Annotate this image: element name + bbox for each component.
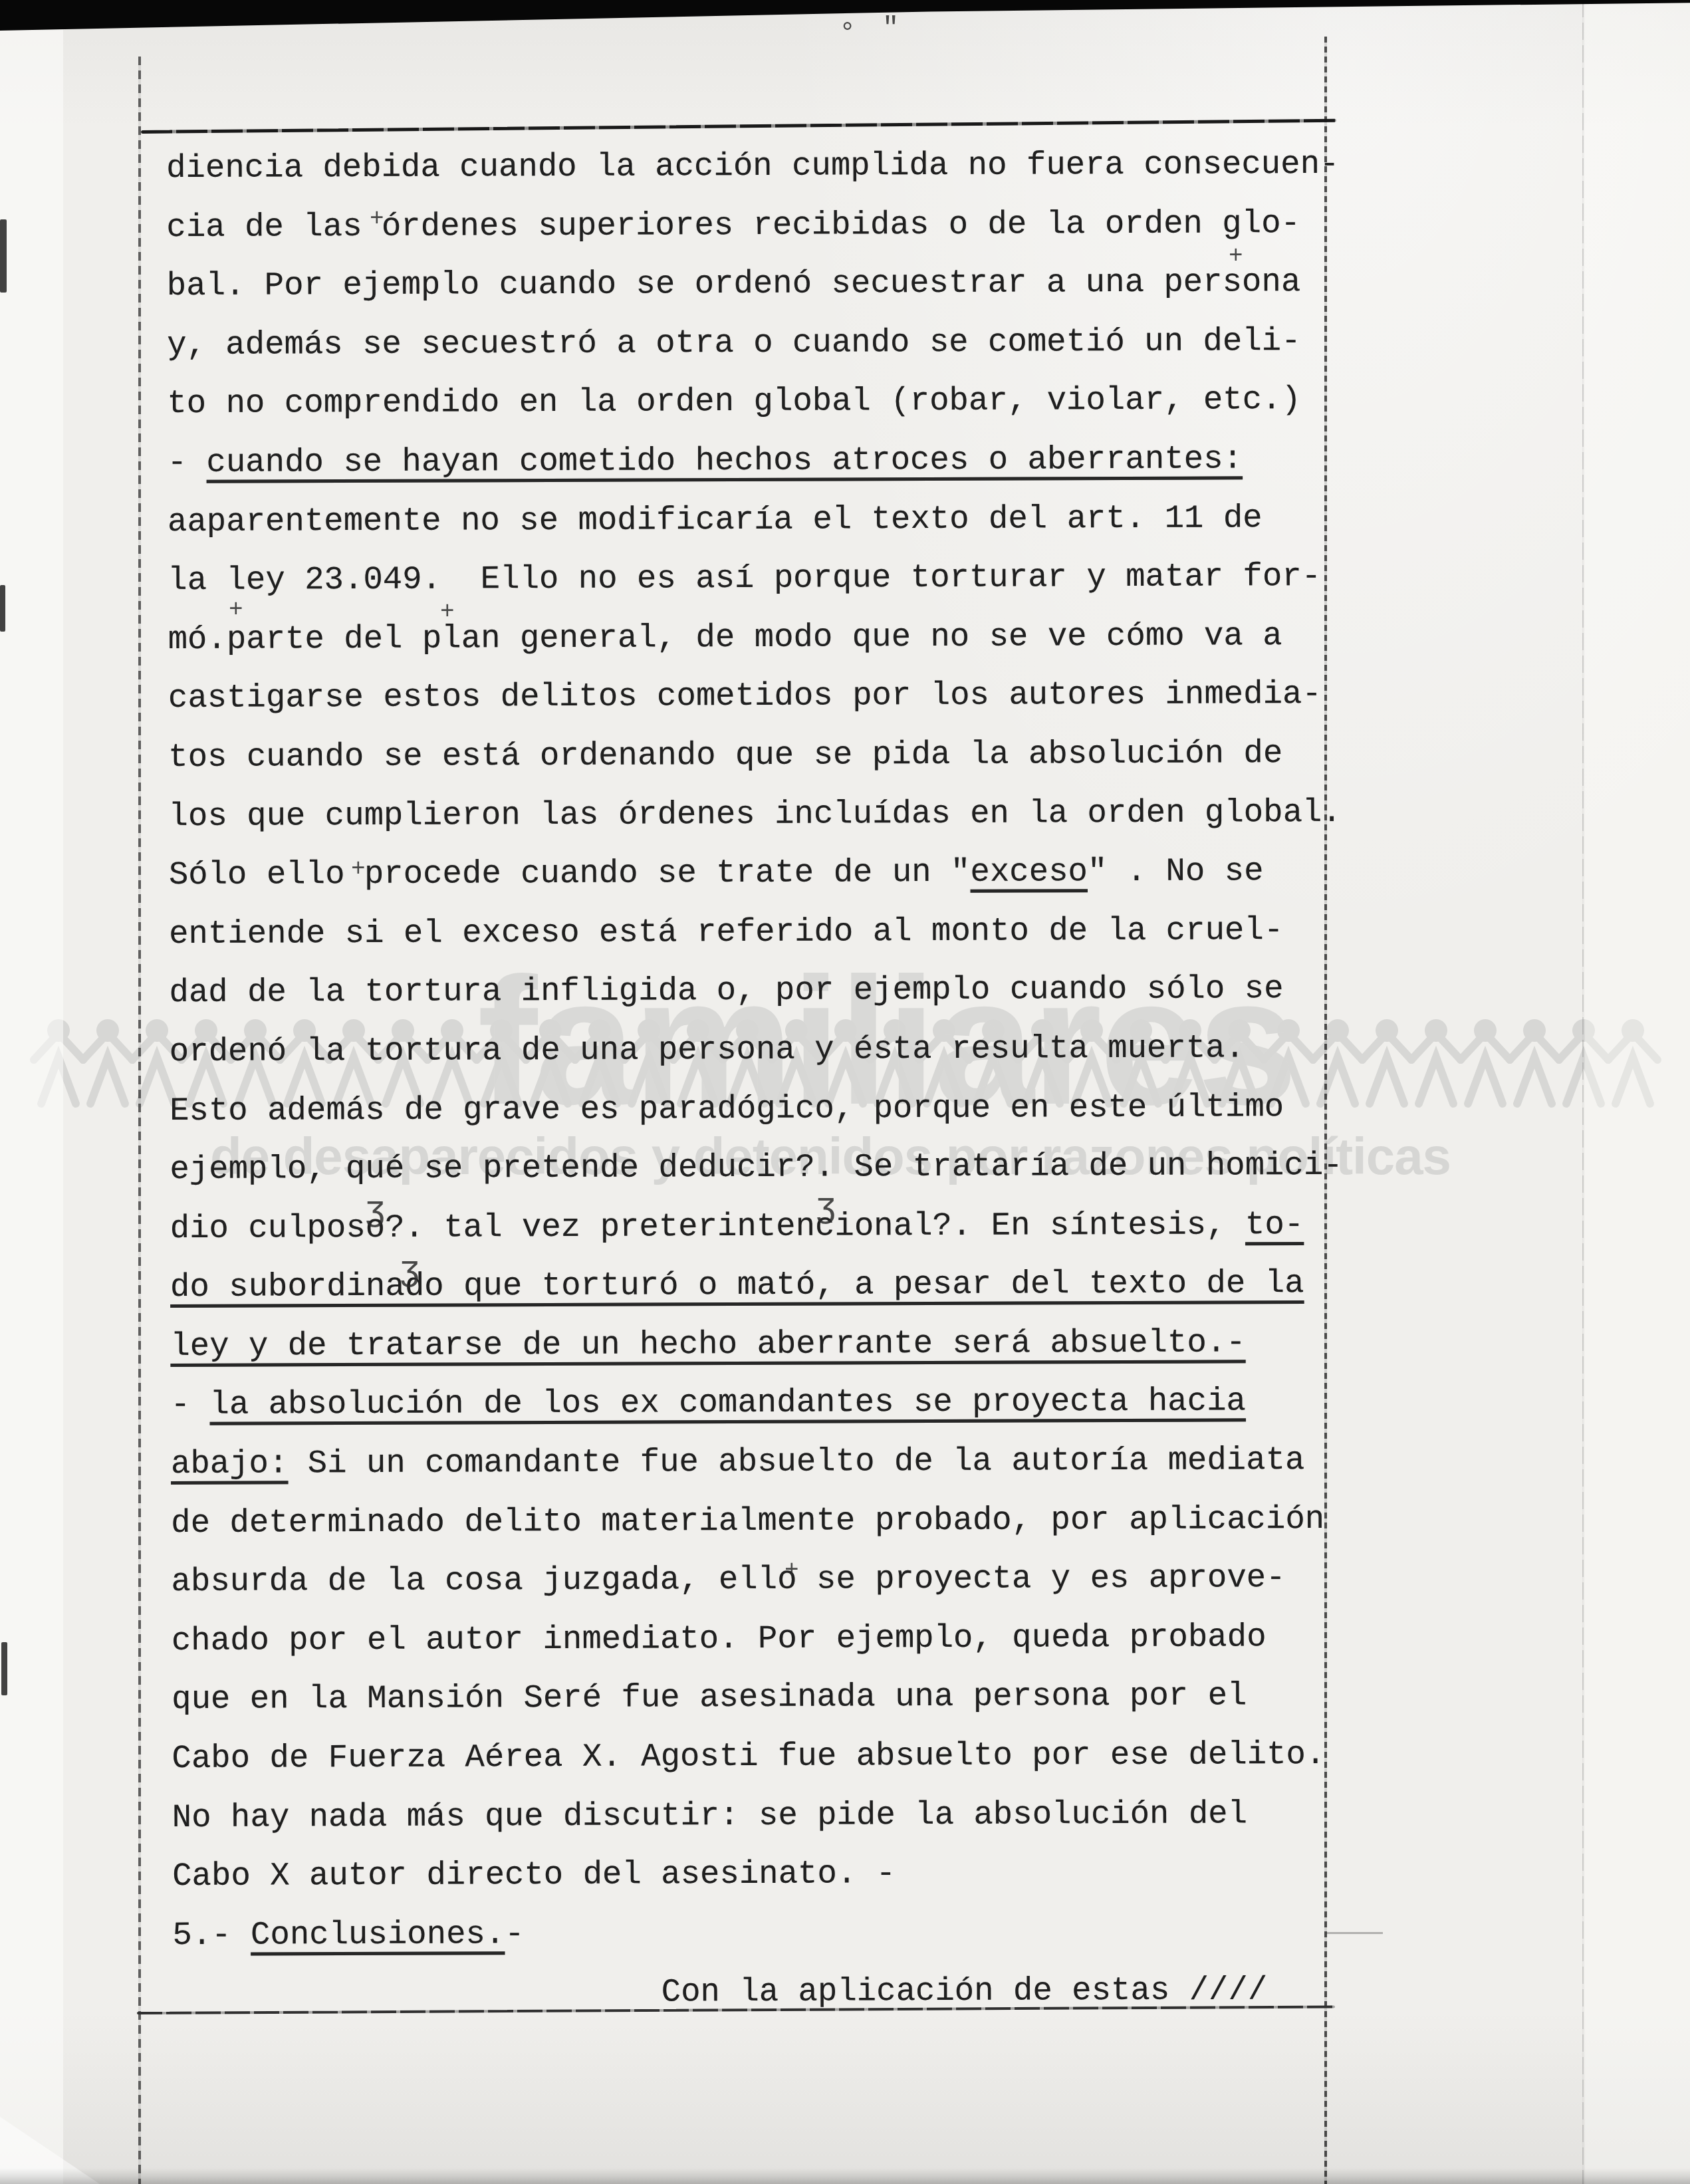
- right-paper-edge: [1585, 0, 1690, 2184]
- text-segment: bal. Por ejemplo cuando se ordenó secues…: [167, 263, 1301, 304]
- text-line: ley y de tratarse de un hecho aberrante …: [170, 1313, 1380, 1376]
- text-segment: " . No se: [1088, 852, 1264, 890]
- underlined-text: to-: [1245, 1206, 1304, 1243]
- text-line: aaparentemente no se modificaría el text…: [168, 488, 1378, 551]
- text-segment: -: [505, 1915, 525, 1953]
- text-line: tos cuando se está ordenando que se pida…: [168, 724, 1378, 787]
- underlined-text: exceso: [970, 853, 1088, 891]
- text-line: ejemplo, qué se pretende deducir?. Se tr…: [170, 1136, 1380, 1199]
- underlined-text: Conclusiones.: [251, 1915, 505, 1953]
- handwritten-mark: ": [882, 15, 899, 43]
- text-line: dad de la tortura infligida o, por ejemp…: [169, 959, 1379, 1023]
- text-segment: Esto además de grave es paradógico, porq…: [170, 1088, 1284, 1130]
- text-segment: ejemplo, qué se pretende deducir?. Se tr…: [170, 1147, 1342, 1188]
- text-segment: -: [168, 444, 207, 481]
- underlined-text: abajo:: [171, 1445, 289, 1483]
- text-line: - la absolución de los ex comandantes se…: [170, 1372, 1380, 1435]
- text-line: chado por el autor inmediato. Por ejempl…: [172, 1607, 1382, 1670]
- text-line: castigarse estos delitos cometidos por l…: [168, 665, 1378, 728]
- text-segment: dad de la tortura infligida o, por ejemp…: [169, 970, 1283, 1011]
- text-line: Cabo de Fuerza Aérea X. Agosti fue absue…: [172, 1725, 1382, 1788]
- text-segment: Sólo ello procede cuando se trate de un …: [169, 854, 971, 894]
- bottom-scan-edge: [0, 2168, 1690, 2184]
- text-segment: de determinado delito materialmente prob…: [171, 1501, 1324, 1542]
- text-line: abajo: Si un comandante fue absuelto de …: [171, 1431, 1381, 1494]
- text-segment: dio culposo?. tal vez preterintencional?…: [170, 1206, 1245, 1247]
- text-segment: mó.parte del plan general, de modo que n…: [168, 617, 1282, 658]
- text-segment: ordenó la tortura de una persona y ésta …: [170, 1029, 1245, 1070]
- text-line: ordenó la tortura de una persona y ésta …: [170, 1019, 1380, 1082]
- handwritten-mark: +: [440, 600, 455, 624]
- text-line: 5.- Conclusiones.-: [172, 1901, 1382, 1965]
- text-segment: entiende si el exceso está referido al m…: [169, 911, 1283, 953]
- text-line: - cuando se hayan cometido hechos atroce…: [168, 429, 1378, 493]
- text-line: Cabo X autor directo del asesinato. -: [172, 1843, 1382, 1906]
- text-line: mó.parte del plan general, de modo que n…: [168, 606, 1378, 669]
- text-line: los que cumplieron las órdenes incluídas…: [168, 783, 1378, 846]
- text-line: dio culposo?. tal vez preterintencional?…: [170, 1195, 1380, 1258]
- text-line: que en la Mansión Seré fue asesinada una…: [172, 1666, 1382, 1729]
- handwritten-mark: ʒ: [399, 1253, 420, 1289]
- handwritten-mark: °: [839, 20, 856, 48]
- left-margin-line: [138, 57, 141, 2184]
- text-segment: absurda de la cosa juzgada, ello se proy…: [171, 1559, 1285, 1600]
- text-segment: castigarse estos delitos cometidos por l…: [168, 675, 1322, 717]
- text-segment: Cabo de Fuerza Aérea X. Agosti fue absue…: [172, 1736, 1325, 1777]
- left-paper-edge: [0, 0, 63, 2184]
- text-line: absurda de la cosa juzgada, ello se proy…: [171, 1548, 1381, 1612]
- text-segment: to no comprendido en la orden global (ro…: [167, 381, 1301, 422]
- text-line: la ley 23.049. Ello no es así porque tor…: [168, 547, 1378, 610]
- underlined-text: cuando se hayan cometido hechos atroces …: [206, 440, 1243, 481]
- top-typed-rule: [141, 119, 1336, 134]
- text-segment: los que cumplieron las órdenes incluídas…: [168, 793, 1341, 834]
- text-line: de determinado delito materialmente prob…: [171, 1489, 1381, 1552]
- scan-speck: [0, 219, 7, 293]
- handwritten-mark: ʒ: [364, 1193, 386, 1229]
- text-segment: -: [171, 1386, 210, 1423]
- text-line: cia de las órdenes superiores recibidas …: [166, 193, 1376, 257]
- text-line: y, además se secuestró a otra o cuando s…: [167, 311, 1377, 374]
- scan-speck: [1, 1642, 7, 1695]
- scan-speck: [0, 585, 5, 632]
- handwritten-mark: ʒ: [815, 1190, 836, 1226]
- text-segment: cia de las órdenes superiores recibidas …: [166, 205, 1300, 246]
- text-line: No hay nada más que discutir: se pide la…: [172, 1784, 1382, 1847]
- text-line: to no comprendido en la orden global (ro…: [167, 370, 1377, 433]
- handwritten-mark: +: [785, 1559, 799, 1583]
- document-body: diencia debida cuando la acción cumplida…: [166, 135, 1383, 2024]
- underlined-text: la absolución de los ex comandantes se p…: [209, 1383, 1246, 1423]
- text-line: do subordinado que torturó o mató, a pes…: [170, 1254, 1380, 1317]
- handwritten-mark: +: [1229, 245, 1243, 269]
- text-segment: 5.-: [172, 1916, 251, 1953]
- text-segment: la ley 23.049. Ello no es así porque tor…: [168, 558, 1321, 599]
- text-line: diencia debida cuando la acción cumplida…: [166, 135, 1376, 198]
- text-segment: Cabo X autor directo del asesinato. -: [172, 1855, 915, 1895]
- underlined-text: do subordinado que torturó o mató, a pes…: [170, 1265, 1304, 1306]
- text-line: entiende si el exceso está referido al m…: [169, 900, 1379, 963]
- handwritten-mark: +: [370, 207, 384, 231]
- handwritten-mark: +: [229, 598, 243, 622]
- text-segment: No hay nada más que discutir: se pide la…: [172, 1795, 1247, 1836]
- text-segment: Si un comandante fue absuelto de la auto…: [288, 1441, 1304, 1482]
- text-segment: y, además se secuestró a otra o cuando s…: [167, 322, 1301, 364]
- text-segment: que en la Mansión Seré fue asesinada una…: [172, 1677, 1247, 1719]
- underlined-text: ley y de tratarse de un hecho aberrante …: [170, 1324, 1245, 1365]
- text-line: Esto además de grave es paradógico, porq…: [170, 1077, 1380, 1140]
- text-line: Sólo ello procede cuando se trate de un …: [169, 842, 1379, 905]
- text-segment: aaparentemente no se modificaría el text…: [168, 499, 1263, 541]
- scanned-document-page: familiares de desaparecidos y detenidos …: [0, 0, 1690, 2184]
- text-segment: tos cuando se está ordenando que se pida…: [168, 735, 1282, 776]
- text-segment: diencia debida cuando la acción cumplida…: [166, 146, 1339, 187]
- right-faint-rule: [1582, 0, 1584, 2184]
- text-segment: chado por el autor inmediato. Por ejempl…: [172, 1618, 1267, 1659]
- handwritten-mark: +: [351, 858, 366, 882]
- text-segment: Con la aplicación de estas ////: [662, 1972, 1268, 2011]
- text-line: Con la aplicación de estas ////: [662, 1961, 1383, 2022]
- text-line: bal. Por ejemplo cuando se ordenó secues…: [167, 253, 1377, 316]
